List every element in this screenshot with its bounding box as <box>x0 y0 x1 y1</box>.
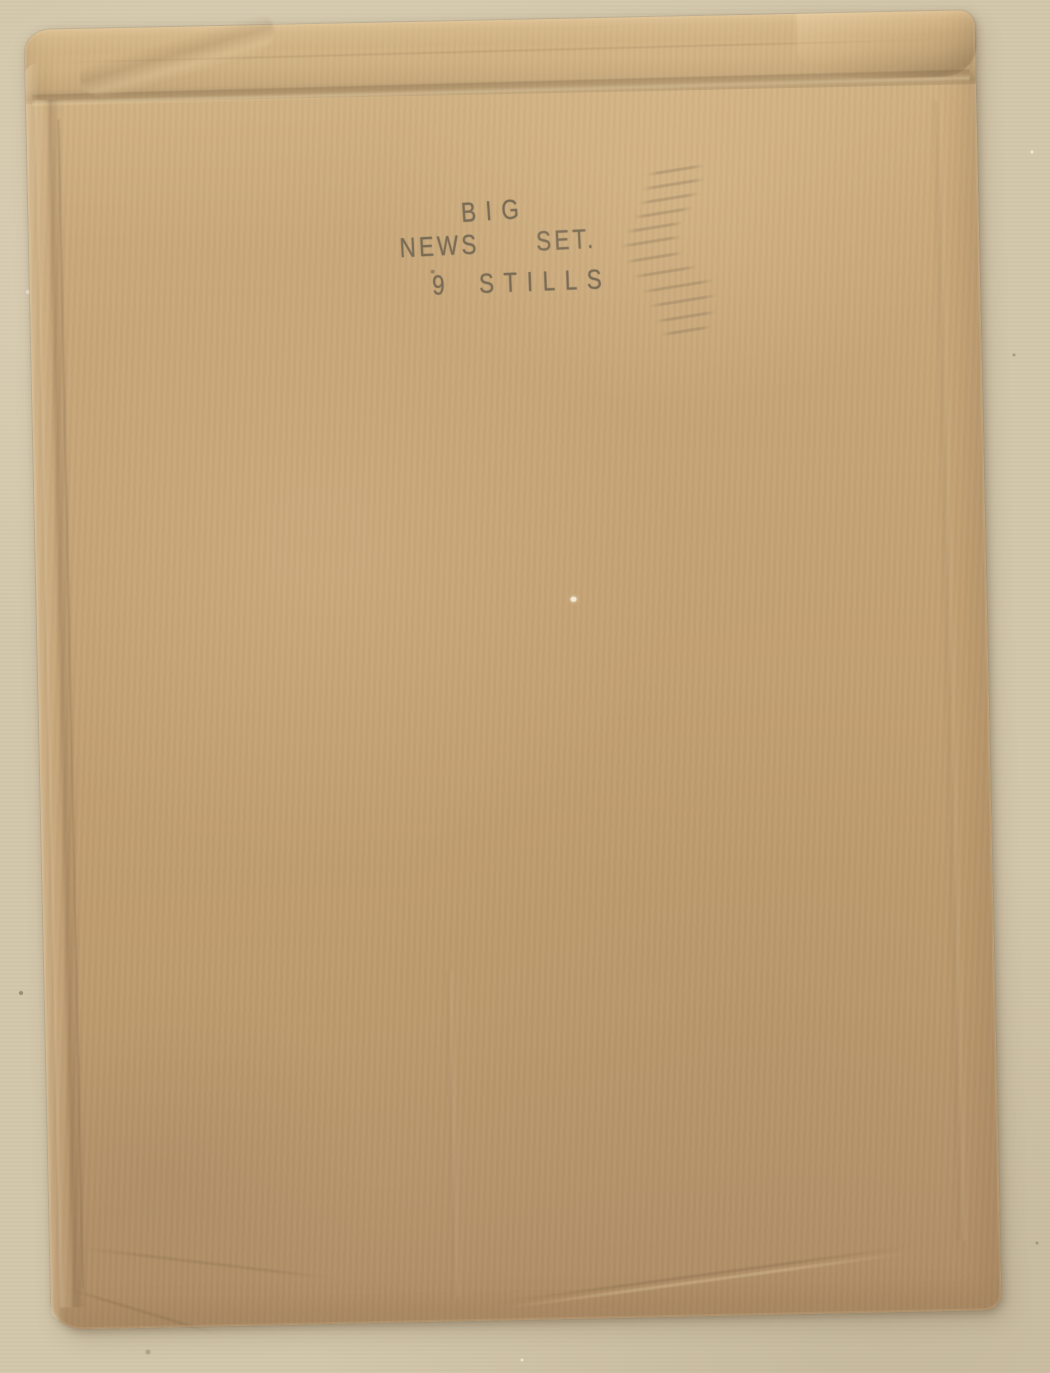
white-fleck <box>570 597 576 602</box>
stamp-text-line-1: BIG <box>460 195 529 227</box>
stamp-text-line-3: 9 STILLS <box>432 265 612 300</box>
bottom-right-wrinkle <box>492 1244 919 1305</box>
postmark-cancellation-lines <box>607 165 757 353</box>
stamp-word: SET. <box>535 225 596 256</box>
stamp-word: 9 <box>432 271 455 300</box>
vertical-crease <box>444 971 460 1297</box>
right-edge-crease <box>930 101 966 1241</box>
bottom-left-wrinkle <box>77 1246 336 1280</box>
stamp-text-line-2: NEWS SET. <box>399 225 597 263</box>
stamp-word: NEWS <box>399 230 480 262</box>
stamp-word: BIG <box>460 195 529 227</box>
kraft-envelope: BIG NEWS SET. 9 STILLS <box>24 10 1001 1330</box>
bottom-right-wrinkle-highlight <box>502 1252 909 1310</box>
top-right-corner-roll <box>796 10 977 80</box>
bottom-left-corner-wrinkle <box>62 1286 216 1335</box>
ink-speck <box>431 270 435 274</box>
stamp-word: STILLS <box>478 265 611 298</box>
background-surface: BIG NEWS SET. 9 STILLS <box>0 0 1050 1373</box>
